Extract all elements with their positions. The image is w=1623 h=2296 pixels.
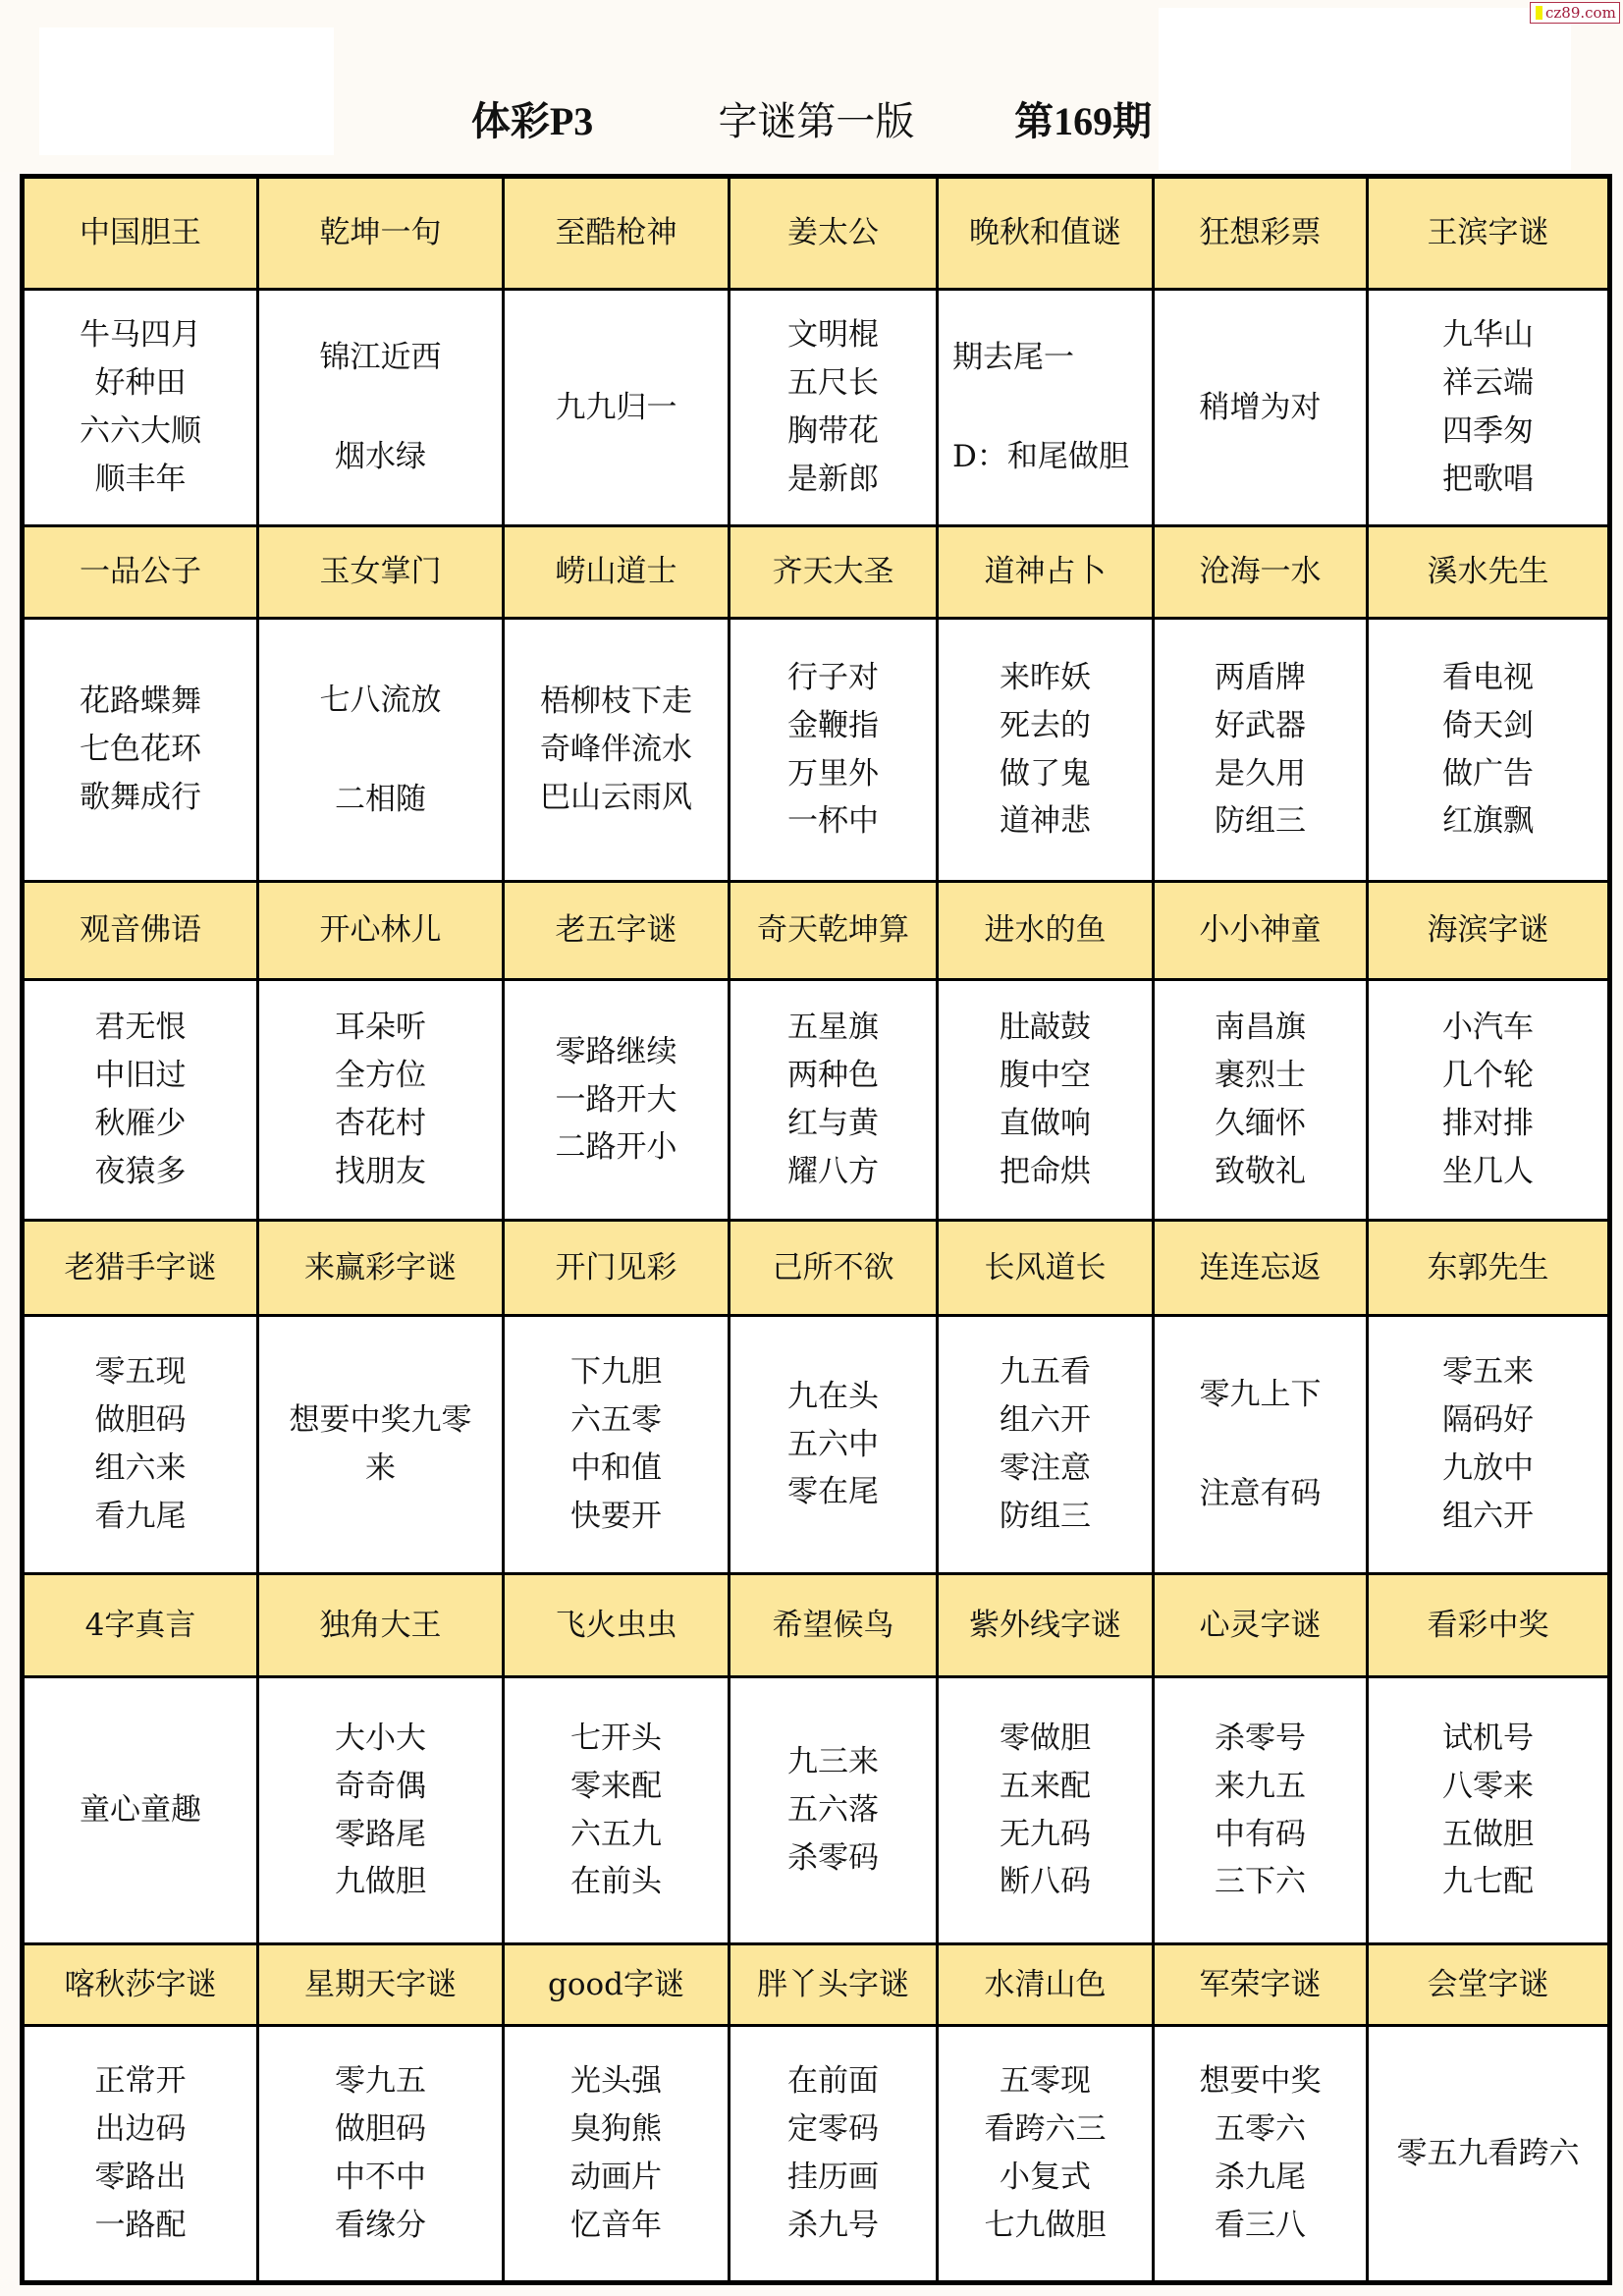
riddle-line: 道神悲 <box>939 797 1152 846</box>
riddle-text: 杀零号来九五中有码三下六 <box>1155 1715 1366 1907</box>
riddle-line: 零路尾 <box>259 1811 502 1859</box>
riddle-line: 是新郎 <box>730 456 936 504</box>
author-header-cell: 沧海一水 <box>1154 526 1368 619</box>
riddle-line: 歌舞成行 <box>25 774 256 822</box>
riddle-line: 致敬礼 <box>1155 1148 1366 1196</box>
riddle-line: 把歌唱 <box>1369 456 1607 504</box>
riddle-line: 六五零 <box>505 1396 728 1445</box>
riddle-cell: 梧柳枝下走奇峰伴流水巴山云雨风 <box>504 619 730 882</box>
riddle-line: 无九码 <box>939 1811 1152 1859</box>
author-header-cell: 会堂字谜 <box>1368 1944 1610 2026</box>
riddle-line: 几个轮 <box>1369 1052 1607 1100</box>
author-header-cell: 己所不欲 <box>730 1221 938 1316</box>
riddle-text: 九在头五六中零在尾 <box>730 1373 936 1517</box>
riddle-line: 二路开小 <box>505 1123 728 1172</box>
riddle-line: 零注意 <box>939 1445 1152 1493</box>
riddle-text: 君无恨中旧过秋雁少夜猿多 <box>25 1004 256 1196</box>
riddle-cell: 小汽车几个轮排对排坐几人 <box>1368 980 1610 1221</box>
riddle-row: 君无恨中旧过秋雁少夜猿多耳朵听全方位杏花村找朋友零路继续一路开大二路开小五星旗两… <box>23 980 1610 1221</box>
riddle-cell: 零做胆五来配无九码断八码 <box>938 1677 1154 1944</box>
riddle-cell: 在前面定零码挂历画杀九号 <box>730 2026 938 2283</box>
riddle-text: 九三来五六落杀零码 <box>730 1738 936 1883</box>
riddle-cell: 零路继续一路开大二路开小 <box>504 980 730 1221</box>
riddle-line: 快要开 <box>505 1493 728 1541</box>
riddle-row: 花路蝶舞七色花环歌舞成行七八流放二相随梧柳枝下走奇峰伴流水巴山云雨风行子对金鞭指… <box>23 619 1610 882</box>
riddle-line: 想要中奖九零 <box>259 1396 502 1445</box>
riddle-line: 做胆码 <box>25 1396 256 1445</box>
author-header-cell: 晚秋和值谜 <box>938 177 1154 290</box>
riddle-cell: 五星旗两种色红与黄耀八方 <box>730 980 938 1221</box>
riddle-line: 稍增为对 <box>1155 384 1366 432</box>
riddle-text: 零五来隔码好九放中组六开 <box>1369 1348 1607 1541</box>
riddle-line: 好种田 <box>25 359 256 408</box>
riddle-cell: 七开头零来配六五九在前头 <box>504 1677 730 1944</box>
riddle-line: 小汽车 <box>1369 1004 1607 1052</box>
riddle-line: 九五看 <box>939 1348 1152 1396</box>
author-header-cell: 飞火虫虫 <box>504 1574 730 1677</box>
riddle-line: 九华山 <box>1369 311 1607 359</box>
riddle-cell: 九五看组六开零注意防组三 <box>938 1316 1154 1574</box>
riddle-text: 想要中奖九零来 <box>259 1396 502 1493</box>
riddle-line: 组六开 <box>939 1396 1152 1445</box>
riddle-line: 行子对 <box>730 654 936 702</box>
riddle-text: 九华山祥云端四季匆把歌唱 <box>1369 311 1607 504</box>
riddle-line: 组六开 <box>1369 1493 1607 1541</box>
author-header-cell: 来赢彩字谜 <box>258 1221 504 1316</box>
riddle-line: 八零来 <box>1369 1763 1607 1811</box>
riddle-line: 金鞭指 <box>730 702 936 750</box>
riddle-line: 正常开 <box>25 2057 256 2105</box>
author-header-cell: 开心林儿 <box>258 882 504 980</box>
riddle-line: 九七配 <box>1369 1858 1607 1906</box>
riddle-line: 零路出 <box>25 2154 256 2202</box>
riddle-line: 夜猿多 <box>25 1148 256 1196</box>
riddle-line: 奇峰伴流水 <box>505 726 728 774</box>
riddle-cell: 下九胆六五零中和值快要开 <box>504 1316 730 1574</box>
riddle-cell: 肚敲鼓腹中空直做响把命烘 <box>938 980 1154 1221</box>
author-header-cell: 开门见彩 <box>504 1221 730 1316</box>
riddle-cell: 花路蝶舞七色花环歌舞成行 <box>23 619 258 882</box>
riddle-line: 看跨六三 <box>939 2105 1152 2154</box>
riddle-line: 一杯中 <box>730 797 936 846</box>
riddle-line: 坐几人 <box>1369 1148 1607 1196</box>
riddle-line: 顺丰年 <box>25 456 256 504</box>
riddle-line: 九三来 <box>730 1738 936 1786</box>
riddle-line: 牛马四月 <box>25 311 256 359</box>
riddle-line: 一路开大 <box>505 1076 728 1124</box>
riddle-text: 童心童趣 <box>25 1786 256 1834</box>
riddle-line: 巴山云雨风 <box>505 774 728 822</box>
riddle-line: 万里外 <box>730 750 936 798</box>
riddle-line: 中和值 <box>505 1445 728 1493</box>
riddle-line: 南昌旗 <box>1155 1004 1366 1052</box>
riddle-line: 零五现 <box>25 1348 256 1396</box>
author-header-cell: 星期天字谜 <box>258 1944 504 2026</box>
header-row: 喀秋莎字谜星期天字谜good字谜胖丫头字谜水清山色军荣字谜会堂字谜 <box>23 1944 1610 2026</box>
riddle-line: 排对排 <box>1369 1100 1607 1148</box>
riddle-line: 出边码 <box>25 2105 256 2154</box>
riddle-text: 期去尾一D：和尾做胆 <box>952 334 1152 481</box>
riddle-line: 五六落 <box>730 1786 936 1834</box>
riddle-line: 注意有码 <box>1155 1470 1366 1518</box>
author-header-cell: 独角大王 <box>258 1574 504 1677</box>
header-row: 一品公子玉女掌门崂山道士齐天大圣道神占卜沧海一水溪水先生 <box>23 526 1610 619</box>
riddle-line: 零在尾 <box>730 1468 936 1516</box>
riddle-line: 童心童趣 <box>25 1786 256 1834</box>
riddle-line: 肚敲鼓 <box>939 1004 1152 1052</box>
riddle-cell: 两盾牌好武器是久用防组三 <box>1154 619 1368 882</box>
riddle-line: 试机号 <box>1369 1715 1607 1763</box>
riddle-cell: 稍增为对 <box>1154 290 1368 526</box>
riddle-line: 锦江近西 <box>259 334 502 382</box>
riddle-line: 断八码 <box>939 1858 1152 1906</box>
line-spacer <box>1155 1419 1366 1470</box>
riddle-cell: 零九五做胆码中不中看缘分 <box>258 2026 504 2283</box>
riddle-text: 九五看组六开零注意防组三 <box>939 1348 1152 1541</box>
riddle-cell: 零五九看跨六 <box>1368 2026 1610 2283</box>
riddle-line: 杏花村 <box>259 1100 502 1148</box>
riddle-cell: 大小大奇奇偶零路尾九做胆 <box>258 1677 504 1944</box>
riddle-line: 奇奇偶 <box>259 1763 502 1811</box>
riddle-text: 九九归一 <box>505 384 728 432</box>
riddle-cell: 看电视倚天剑做广告红旗飘 <box>1368 619 1610 882</box>
riddle-line: 定零码 <box>730 2105 936 2154</box>
riddle-line: 君无恨 <box>25 1004 256 1052</box>
riddle-line: 来昨妖 <box>939 654 1152 702</box>
riddle-line: 秋雁少 <box>25 1100 256 1148</box>
author-header-cell: 王滨字谜 <box>1368 177 1610 290</box>
riddle-text: 五星旗两种色红与黄耀八方 <box>730 1004 936 1196</box>
riddle-line: 是久用 <box>1155 750 1366 798</box>
author-header-cell: 老五字谜 <box>504 882 730 980</box>
riddle-row: 童心童趣大小大奇奇偶零路尾九做胆七开头零来配六五九在前头九三来五六落杀零码零做胆… <box>23 1677 1610 1944</box>
riddle-line: 九放中 <box>1369 1445 1607 1493</box>
riddle-text: 梧柳枝下走奇峰伴流水巴山云雨风 <box>505 678 728 822</box>
riddle-line: 看三八 <box>1155 2202 1366 2250</box>
riddle-line: 胸带花 <box>730 408 936 456</box>
riddle-line: 杀九号 <box>730 2202 936 2250</box>
author-header-cell: 心灵字谜 <box>1154 1574 1368 1677</box>
riddle-cell: 七八流放二相随 <box>258 619 504 882</box>
riddle-text: 在前面定零码挂历画杀九号 <box>730 2057 936 2250</box>
riddle-line: D：和尾做胆 <box>952 433 1152 481</box>
riddle-cell: 零九上下注意有码 <box>1154 1316 1368 1574</box>
riddle-line: 五做胆 <box>1369 1811 1607 1859</box>
riddle-line: 七色花环 <box>25 726 256 774</box>
riddle-text: 行子对金鞭指万里外一杯中 <box>730 654 936 847</box>
riddle-line: 来 <box>259 1445 502 1493</box>
riddle-line: 零五来 <box>1369 1348 1607 1396</box>
riddle-text: 零九上下注意有码 <box>1155 1371 1366 1518</box>
author-header-cell: 看彩中奖 <box>1368 1574 1610 1677</box>
riddle-text: 稍增为对 <box>1155 384 1366 432</box>
riddle-cell: 五零现看跨六三小复式七九做胆 <box>938 2026 1154 2283</box>
riddle-line: 四季匆 <box>1369 408 1607 456</box>
riddle-line: 看缘分 <box>259 2202 502 2250</box>
riddle-row: 零五现做胆码组六来看九尾想要中奖九零来下九胆六五零中和值快要开九在头五六中零在尾… <box>23 1316 1610 1574</box>
riddle-line: 期去尾一 <box>952 334 1152 382</box>
riddle-cell: 期去尾一D：和尾做胆 <box>938 290 1154 526</box>
riddle-text: 零路继续一路开大二路开小 <box>505 1028 728 1173</box>
riddle-line: 中有码 <box>1155 1811 1366 1859</box>
riddle-line: 在前面 <box>730 2057 936 2105</box>
riddle-line: 两盾牌 <box>1155 654 1366 702</box>
riddle-line: 七八流放 <box>259 677 502 725</box>
riddle-line: 防组三 <box>1155 797 1366 846</box>
riddle-line: 三下六 <box>1155 1858 1366 1906</box>
riddle-line: 七九做胆 <box>939 2202 1152 2250</box>
riddle-cell: 零五来隔码好九放中组六开 <box>1368 1316 1610 1574</box>
riddle-line: 耀八方 <box>730 1148 936 1196</box>
riddle-text: 大小大奇奇偶零路尾九做胆 <box>259 1715 502 1907</box>
title-lottery: 体彩P3 <box>471 90 593 146</box>
riddle-line: 五零现 <box>939 2057 1152 2105</box>
riddle-line: 中旧过 <box>25 1052 256 1100</box>
riddle-line: 五零六 <box>1155 2105 1366 2154</box>
author-header-cell: 连连忘返 <box>1154 1221 1368 1316</box>
author-header-cell: 观音佛语 <box>23 882 258 980</box>
riddle-text: 五零现看跨六三小复式七九做胆 <box>939 2057 1152 2250</box>
riddle-line: 六六大顺 <box>25 408 256 456</box>
riddle-line: 防组三 <box>939 1493 1152 1541</box>
riddle-line: 杀九尾 <box>1155 2154 1366 2202</box>
author-header-cell: 军荣字谜 <box>1154 1944 1368 2026</box>
riddle-line: 做胆码 <box>259 2105 502 2154</box>
author-header-cell: 海滨字谜 <box>1368 882 1610 980</box>
author-header-cell: 姜太公 <box>730 177 938 290</box>
author-header-cell: 水清山色 <box>938 1944 1154 2026</box>
riddle-text: 耳朵听全方位杏花村找朋友 <box>259 1004 502 1196</box>
author-header-cell: 奇天乾坤算 <box>730 882 938 980</box>
riddle-line: 杀零码 <box>730 1834 936 1883</box>
author-header-cell: 进水的鱼 <box>938 882 1154 980</box>
riddle-row: 牛马四月好种田六六大顺顺丰年锦江近西烟水绿九九归一文明棍五尺长胸带花是新郎期去尾… <box>23 290 1610 526</box>
riddle-line: 耳朵听 <box>259 1004 502 1052</box>
riddle-line: 九做胆 <box>259 1858 502 1906</box>
riddle-line: 动画片 <box>505 2154 728 2202</box>
riddle-line: 做了鬼 <box>939 750 1152 798</box>
riddle-line: 小复式 <box>939 2154 1152 2202</box>
author-header-cell: 至酷枪神 <box>504 177 730 290</box>
riddle-text: 零五九看跨六 <box>1369 2130 1607 2178</box>
riddle-line: 一路配 <box>25 2202 256 2250</box>
riddle-line: 组六来 <box>25 1445 256 1493</box>
author-header-cell: 小小神童 <box>1154 882 1368 980</box>
author-header-cell: 长风道长 <box>938 1221 1154 1316</box>
riddle-line: 九在头 <box>730 1373 936 1421</box>
riddle-line: 看电视 <box>1369 654 1607 702</box>
riddle-text: 南昌旗裹烈士久缅怀致敬礼 <box>1155 1004 1366 1196</box>
riddle-line: 在前头 <box>505 1858 728 1906</box>
riddle-line: 花路蝶舞 <box>25 678 256 726</box>
riddle-line: 大小大 <box>259 1715 502 1763</box>
riddle-cell: 耳朵听全方位杏花村找朋友 <box>258 980 504 1221</box>
riddle-text: 零五现做胆码组六来看九尾 <box>25 1348 256 1541</box>
riddle-line: 七开头 <box>505 1715 728 1763</box>
riddle-line: 找朋友 <box>259 1148 502 1196</box>
riddle-cell: 杀零号来九五中有码三下六 <box>1154 1677 1368 1944</box>
author-header-cell: 乾坤一句 <box>258 177 504 290</box>
header-row: 老猎手字谜来赢彩字谜开门见彩己所不欲长风道长连连忘返东郭先生 <box>23 1221 1610 1316</box>
riddle-table: 中国胆王乾坤一句至酷枪神姜太公晚秋和值谜狂想彩票王滨字谜牛马四月好种田六六大顺顺… <box>20 174 1612 2285</box>
riddle-line: 光头强 <box>505 2057 728 2105</box>
riddle-cell: 南昌旗裹烈士久缅怀致敬礼 <box>1154 980 1368 1221</box>
riddle-line: 梧柳枝下走 <box>505 678 728 726</box>
riddle-line: 五星旗 <box>730 1004 936 1052</box>
author-header-cell: 东郭先生 <box>1368 1221 1610 1316</box>
author-header-cell: 一品公子 <box>23 526 258 619</box>
author-header-cell: 老猎手字谜 <box>23 1221 258 1316</box>
riddle-cell: 正常开出边码零路出一路配 <box>23 2026 258 2283</box>
author-header-cell: 齐天大圣 <box>730 526 938 619</box>
riddle-line: 中不中 <box>259 2154 502 2202</box>
riddle-text: 零做胆五来配无九码断八码 <box>939 1715 1152 1907</box>
line-spacer <box>259 725 502 776</box>
riddle-line: 臭狗熊 <box>505 2105 728 2154</box>
riddle-cell: 行子对金鞭指万里外一杯中 <box>730 619 938 882</box>
riddle-text: 锦江近西烟水绿 <box>259 334 502 481</box>
riddle-line: 把命烘 <box>939 1148 1152 1196</box>
author-header-cell: 崂山道士 <box>504 526 730 619</box>
riddle-cell: 想要中奖五零六杀九尾看三八 <box>1154 2026 1368 2283</box>
riddle-line: 好武器 <box>1155 702 1366 750</box>
author-header-cell: 4字真言 <box>23 1574 258 1677</box>
riddle-line: 裹烈士 <box>1155 1052 1366 1100</box>
riddle-line: 烟水绿 <box>259 433 502 481</box>
riddle-line: 零路继续 <box>505 1028 728 1076</box>
yellow-square-icon <box>1536 6 1542 20</box>
riddle-text: 试机号八零来五做胆九七配 <box>1369 1715 1607 1907</box>
riddle-line: 来九五 <box>1155 1763 1366 1811</box>
riddle-text: 花路蝶舞七色花环歌舞成行 <box>25 678 256 822</box>
riddle-line: 二相随 <box>259 776 502 824</box>
line-spacer <box>952 382 1152 433</box>
riddle-line: 想要中奖 <box>1155 2057 1366 2105</box>
author-header-cell: 希望候鸟 <box>730 1574 938 1677</box>
riddle-cell: 文明棍五尺长胸带花是新郎 <box>730 290 938 526</box>
riddle-line: 直做响 <box>939 1100 1152 1148</box>
riddle-text: 正常开出边码零路出一路配 <box>25 2057 256 2250</box>
watermark-text: cz89.com <box>1545 4 1616 22</box>
riddle-line: 忆音年 <box>505 2202 728 2250</box>
author-header-cell: 狂想彩票 <box>1154 177 1368 290</box>
riddle-line: 文明棍 <box>730 311 936 359</box>
riddle-cell: 九在头五六中零在尾 <box>730 1316 938 1574</box>
riddle-line: 隔码好 <box>1369 1396 1607 1445</box>
riddle-line: 杀零号 <box>1155 1715 1366 1763</box>
riddle-line: 五六中 <box>730 1421 936 1469</box>
riddle-cell: 牛马四月好种田六六大顺顺丰年 <box>23 290 258 526</box>
riddle-text: 七八流放二相随 <box>259 677 502 824</box>
riddle-line: 零九上下 <box>1155 1371 1366 1419</box>
riddle-line: 九九归一 <box>505 384 728 432</box>
riddle-line: 久缅怀 <box>1155 1100 1366 1148</box>
riddle-text: 七开头零来配六五九在前头 <box>505 1715 728 1907</box>
riddle-line: 零来配 <box>505 1763 728 1811</box>
page-title: 体彩P3 字谜第一版 第169期 <box>0 90 1623 146</box>
author-header-cell: 紫外线字谜 <box>938 1574 1154 1677</box>
line-spacer <box>259 382 502 433</box>
riddle-text: 肚敲鼓腹中空直做响把命烘 <box>939 1004 1152 1196</box>
riddle-line: 做广告 <box>1369 750 1607 798</box>
riddle-line: 零五九看跨六 <box>1369 2130 1607 2178</box>
author-header-cell: 玉女掌门 <box>258 526 504 619</box>
author-header-cell: 中国胆王 <box>23 177 258 290</box>
riddle-line: 腹中空 <box>939 1052 1152 1100</box>
riddle-row: 正常开出边码零路出一路配零九五做胆码中不中看缘分光头强臭狗熊动画片忆音年在前面定… <box>23 2026 1610 2283</box>
header-row: 4字真言独角大王飞火虫虫希望候鸟紫外线字谜心灵字谜看彩中奖 <box>23 1574 1610 1677</box>
riddle-cell: 锦江近西烟水绿 <box>258 290 504 526</box>
riddle-text: 下九胆六五零中和值快要开 <box>505 1348 728 1541</box>
author-header-cell: good字谜 <box>504 1944 730 2026</box>
riddle-cell: 光头强臭狗熊动画片忆音年 <box>504 2026 730 2283</box>
header-row: 中国胆王乾坤一句至酷枪神姜太公晚秋和值谜狂想彩票王滨字谜 <box>23 177 1610 290</box>
riddle-text: 想要中奖五零六杀九尾看三八 <box>1155 2057 1366 2250</box>
author-header-cell: 溪水先生 <box>1368 526 1610 619</box>
riddle-line: 挂历画 <box>730 2154 936 2202</box>
riddle-line: 零九五 <box>259 2057 502 2105</box>
author-header-cell: 胖丫头字谜 <box>730 1944 938 2026</box>
riddle-line: 倚天剑 <box>1369 702 1607 750</box>
title-edition: 字谜第一版 <box>718 90 914 146</box>
riddle-text: 两盾牌好武器是久用防组三 <box>1155 654 1366 847</box>
riddle-cell: 来昨妖死去的做了鬼道神悲 <box>938 619 1154 882</box>
watermark-badge: cz89.com <box>1530 2 1620 24</box>
riddle-line: 零做胆 <box>939 1715 1152 1763</box>
riddle-line: 红旗飘 <box>1369 797 1607 846</box>
riddle-text: 来昨妖死去的做了鬼道神悲 <box>939 654 1152 847</box>
title-issue: 第169期 <box>1014 90 1152 146</box>
riddle-cell: 君无恨中旧过秋雁少夜猿多 <box>23 980 258 1221</box>
riddle-text: 文明棍五尺长胸带花是新郎 <box>730 311 936 504</box>
riddle-line: 红与黄 <box>730 1100 936 1148</box>
riddle-line: 下九胆 <box>505 1348 728 1396</box>
riddle-text: 小汽车几个轮排对排坐几人 <box>1369 1004 1607 1196</box>
riddle-line: 祥云端 <box>1369 359 1607 408</box>
riddle-text: 零九五做胆码中不中看缘分 <box>259 2057 502 2250</box>
riddle-line: 全方位 <box>259 1052 502 1100</box>
riddle-cell: 零五现做胆码组六来看九尾 <box>23 1316 258 1574</box>
riddle-line: 两种色 <box>730 1052 936 1100</box>
riddle-cell: 九九归一 <box>504 290 730 526</box>
riddle-text: 牛马四月好种田六六大顺顺丰年 <box>25 311 256 504</box>
riddle-cell: 九华山祥云端四季匆把歌唱 <box>1368 290 1610 526</box>
riddle-cell: 童心童趣 <box>23 1677 258 1944</box>
riddle-line: 死去的 <box>939 702 1152 750</box>
riddle-line: 看九尾 <box>25 1493 256 1541</box>
riddle-cell: 试机号八零来五做胆九七配 <box>1368 1677 1610 1944</box>
riddle-line: 五来配 <box>939 1763 1152 1811</box>
riddle-text: 光头强臭狗熊动画片忆音年 <box>505 2057 728 2250</box>
header-row: 观音佛语开心林儿老五字谜奇天乾坤算进水的鱼小小神童海滨字谜 <box>23 882 1610 980</box>
author-header-cell: 喀秋莎字谜 <box>23 1944 258 2026</box>
riddle-cell: 想要中奖九零来 <box>258 1316 504 1574</box>
riddle-cell: 九三来五六落杀零码 <box>730 1677 938 1944</box>
riddle-line: 六五九 <box>505 1811 728 1859</box>
riddle-line: 五尺长 <box>730 359 936 408</box>
riddle-text: 看电视倚天剑做广告红旗飘 <box>1369 654 1607 847</box>
author-header-cell: 道神占卜 <box>938 526 1154 619</box>
